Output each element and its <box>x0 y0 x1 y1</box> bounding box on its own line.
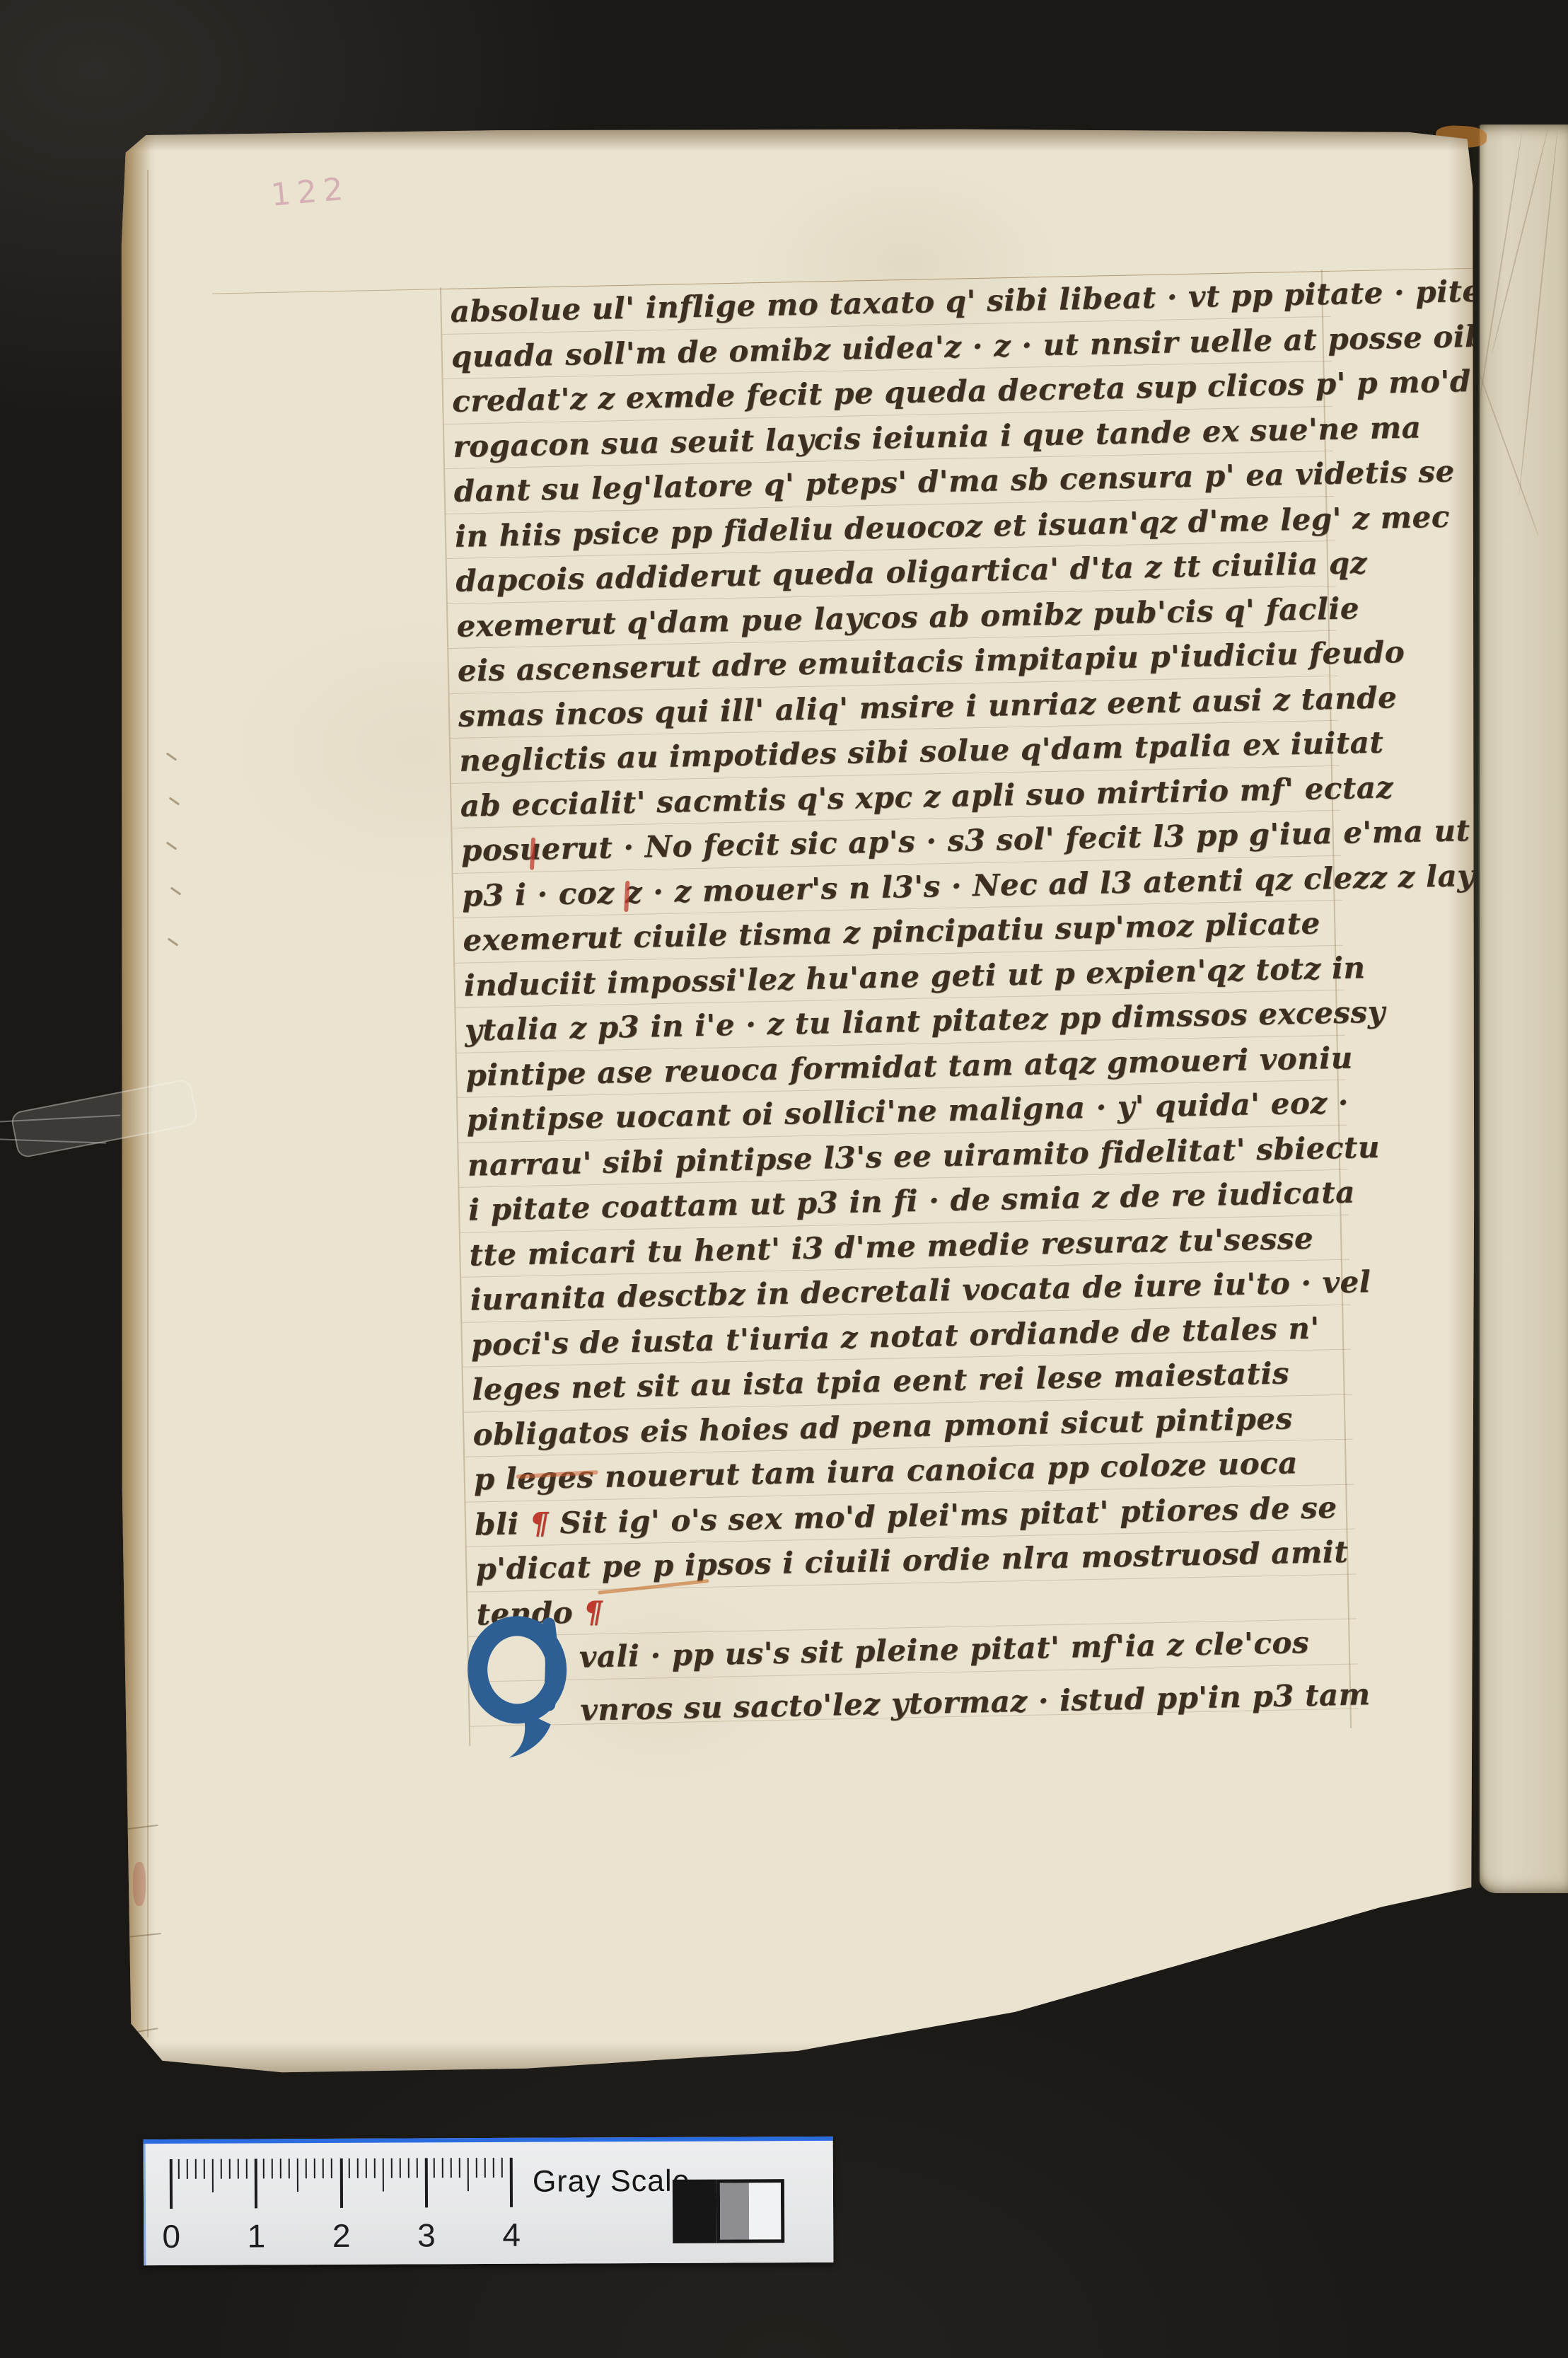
line-text: i pitate coattam ut p3 in fi · de smia z… <box>468 1174 1356 1227</box>
ruler-numbers: 01234 <box>144 2141 833 2144</box>
manuscript-line: vali · pp us's sit pleine pitat' mf'ia z… <box>579 1623 1309 1677</box>
line-text: poci's de iusta t'iuria z notat ordiande… <box>470 1310 1320 1362</box>
photo-stage: 122 absolue ul' inflige mo taxato q' sib… <box>0 0 1568 2358</box>
edge-red-smudge <box>133 1862 146 1906</box>
ruler-card: 01234 Gray Scale <box>144 2137 834 2265</box>
ruler-number: 2 <box>326 2217 357 2255</box>
ruler-number: 3 <box>411 2216 442 2254</box>
gray-scale-patch-box <box>716 2179 784 2243</box>
rubric-paraph: ¶ <box>529 1505 559 1541</box>
line-text: vnros su sacto'lez ytormaz · istud pp'in… <box>580 1677 1371 1727</box>
gray-scale-black-patch <box>673 2180 716 2243</box>
rubric-paraph: ¶ <box>583 1594 603 1629</box>
line-text: pintipse uocant oi sollici'ne maligna · … <box>466 1085 1349 1138</box>
ruler-number: 1 <box>240 2217 272 2255</box>
gray-scale-white-patch <box>749 2183 781 2239</box>
ruler-number: 4 <box>496 2216 527 2254</box>
gray-scale-label: Gray Scale <box>533 2164 690 2200</box>
parchment-wrinkle <box>1491 128 1549 355</box>
parchment-wrinkle <box>1518 129 1558 495</box>
line-text: exemerut ciuile tisma z pincipatiu sup'm… <box>463 906 1320 957</box>
text-block: absolue ul' inflige mo taxato q' sibi li… <box>446 271 1359 1788</box>
manuscript-line: vnros su sacto'lez ytormaz · istud pp'in… <box>580 1675 1371 1730</box>
facing-page-edge <box>1478 125 1568 1893</box>
folio-number: 122 <box>269 171 351 213</box>
manuscript-page: 122 absolue ul' inflige mo taxato q' sib… <box>119 127 1477 2074</box>
gray-scale-gray-patch <box>720 2183 750 2239</box>
ruler-ticks <box>144 2141 833 2144</box>
ruler-number: 0 <box>156 2217 187 2255</box>
line-text: tte micari tu hent' i3 d'me medie resura… <box>469 1220 1314 1272</box>
line-text: p'dicat pe p ipsos i ciuili ordie nlra m… <box>475 1535 1349 1587</box>
line-text: pintipe ase reuoca formidat tam atqz gmo… <box>465 1040 1353 1092</box>
line-text: bli <box>475 1505 530 1542</box>
initial-q-icon <box>465 1611 574 1765</box>
